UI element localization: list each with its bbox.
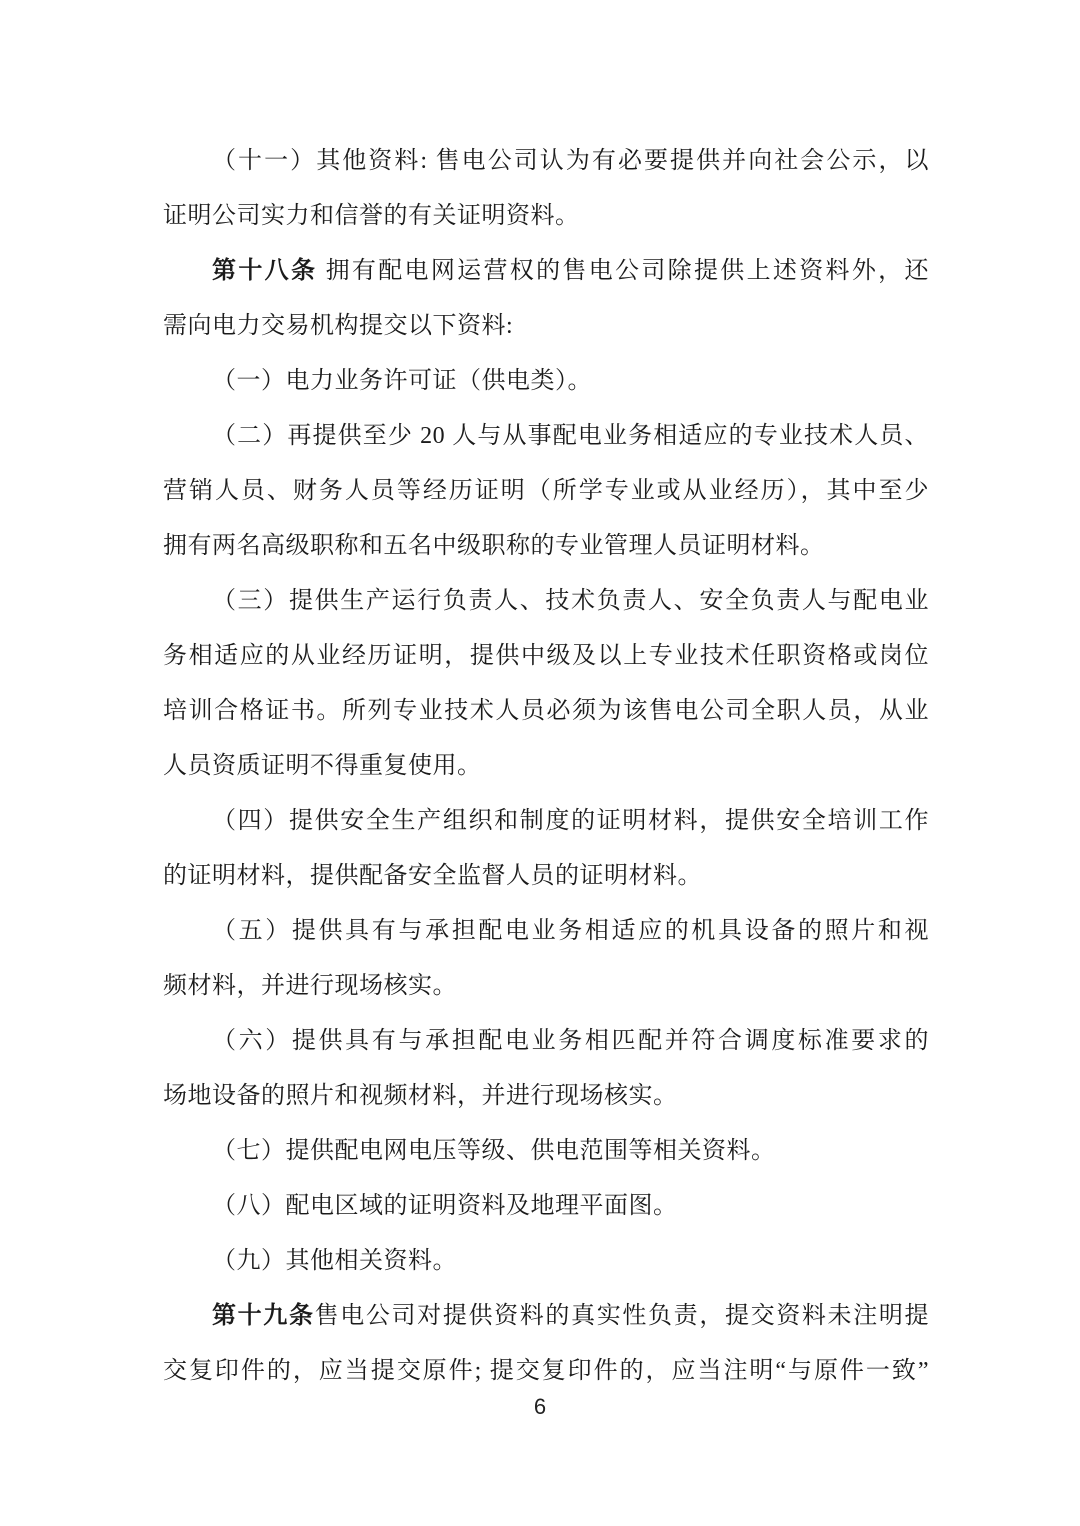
line-text: 场地设备的照片和视频材料，并进行现场核实。	[163, 1083, 678, 1109]
text-line: 第十九条售电公司对提供资料的真实性负责，提交资料未注明提	[163, 1289, 929, 1344]
text-line: 人员资质证明不得重复使用。	[163, 739, 929, 794]
text-line: 频材料，并进行现场核实。	[163, 959, 929, 1014]
text-line: 的证明材料，提供配备安全监督人员的证明材料。	[163, 849, 929, 904]
text-line: （二）再提供至少 20 人与从事配电业务相适应的专业技术人员、	[163, 409, 929, 464]
text-line: （七）提供配电网电压等级、供电范围等相关资料。	[163, 1124, 929, 1179]
line-text: 证明公司实力和信誉的有关证明资料。	[163, 203, 580, 229]
text-line: 营销人员、财务人员等经历证明（所学专业或从业经历），其中至少	[163, 464, 929, 519]
line-text: 频材料，并进行现场核实。	[163, 973, 457, 999]
text-line: 证明公司实力和信誉的有关证明资料。	[163, 189, 929, 244]
text-line: （一）电力业务许可证（供电类）。	[163, 354, 929, 409]
text-line: 培训合格证书。所列专业技术人员必须为该售电公司全职人员，从业	[163, 684, 929, 739]
line-text: 人员资质证明不得重复使用。	[163, 753, 482, 779]
line-text: （十一）其他资料: 售电公司认为有必要提供并向社会公示，以	[212, 148, 929, 174]
text-line: （八）配电区域的证明资料及地理平面图。	[163, 1179, 929, 1234]
text-line: （十一）其他资料: 售电公司认为有必要提供并向社会公示，以	[163, 134, 929, 189]
line-text: 培训合格证书。所列专业技术人员必须为该售电公司全职人员，从业	[163, 698, 929, 724]
text-line: 需向电力交易机构提交以下资料:	[163, 299, 929, 354]
line-text: （五）提供具有与承担配电业务相适应的机具设备的照片和视	[212, 918, 929, 944]
line-text: 拥有配电网运营权的售电公司除提供上述资料外，还	[326, 258, 929, 284]
line-text: 需向电力交易机构提交以下资料:	[163, 313, 513, 339]
line-text: 拥有两名高级职称和五名中级职称的专业管理人员证明材料。	[163, 533, 825, 559]
line-text: （四）提供安全生产组织和制度的证明材料，提供安全培训工作	[212, 808, 929, 834]
text-line: 交复印件的，应当提交原件; 提交复印件的，应当注明“与原件一致”	[163, 1344, 929, 1399]
text-line: （五）提供具有与承担配电业务相适应的机具设备的照片和视	[163, 904, 929, 959]
text-line: （九）其他相关资料。	[163, 1234, 929, 1289]
document-page: （十一）其他资料: 售电公司认为有必要提供并向社会公示，以 证明公司实力和信誉的…	[0, 0, 1080, 1526]
line-text: 交复印件的，应当提交原件; 提交复印件的，应当注明“与原件一致”	[163, 1358, 929, 1384]
text-line: 第十八条 拥有配电网运营权的售电公司除提供上述资料外，还	[163, 244, 929, 299]
line-text: 营销人员、财务人员等经历证明（所学专业或从业经历），其中至少	[163, 478, 929, 504]
line-text: （七）提供配电网电压等级、供电范围等相关资料。	[212, 1138, 776, 1164]
text-line: （六）提供具有与承担配电业务相匹配并符合调度标准要求的	[163, 1014, 929, 1069]
line-text: 的证明材料，提供配备安全监督人员的证明材料。	[163, 863, 702, 889]
line-text: （九）其他相关资料。	[212, 1248, 457, 1274]
text-line: （四）提供安全生产组织和制度的证明材料，提供安全培训工作	[163, 794, 929, 849]
line-text: （一）电力业务许可证（供电类）。	[212, 368, 592, 394]
line-text: （八）配电区域的证明资料及地理平面图。	[212, 1193, 678, 1219]
article-number: 第十九条	[212, 1303, 315, 1329]
document-body: （十一）其他资料: 售电公司认为有必要提供并向社会公示，以 证明公司实力和信誉的…	[163, 134, 929, 1399]
line-text: （六）提供具有与承担配电业务相匹配并符合调度标准要求的	[212, 1028, 929, 1054]
line-text: 务相适应的从业经历证明，提供中级及以上专业技术任职资格或岗位	[163, 643, 929, 669]
text-line: 拥有两名高级职称和五名中级职称的专业管理人员证明材料。	[163, 519, 929, 574]
text-line: 场地设备的照片和视频材料，并进行现场核实。	[163, 1069, 929, 1124]
text-line: （三）提供生产运行负责人、技术负责人、安全负责人与配电业	[163, 574, 929, 629]
page-number: 6	[0, 1392, 1080, 1422]
text-line: 务相适应的从业经历证明，提供中级及以上专业技术任职资格或岗位	[163, 629, 929, 684]
line-text: 售电公司对提供资料的真实性负责，提交资料未注明提	[315, 1303, 929, 1329]
line-text: （三）提供生产运行负责人、技术负责人、安全负责人与配电业	[212, 588, 929, 614]
article-number: 第十八条	[212, 258, 326, 284]
line-text: （二）再提供至少 20 人与从事配电业务相适应的专业技术人员、	[212, 423, 929, 449]
